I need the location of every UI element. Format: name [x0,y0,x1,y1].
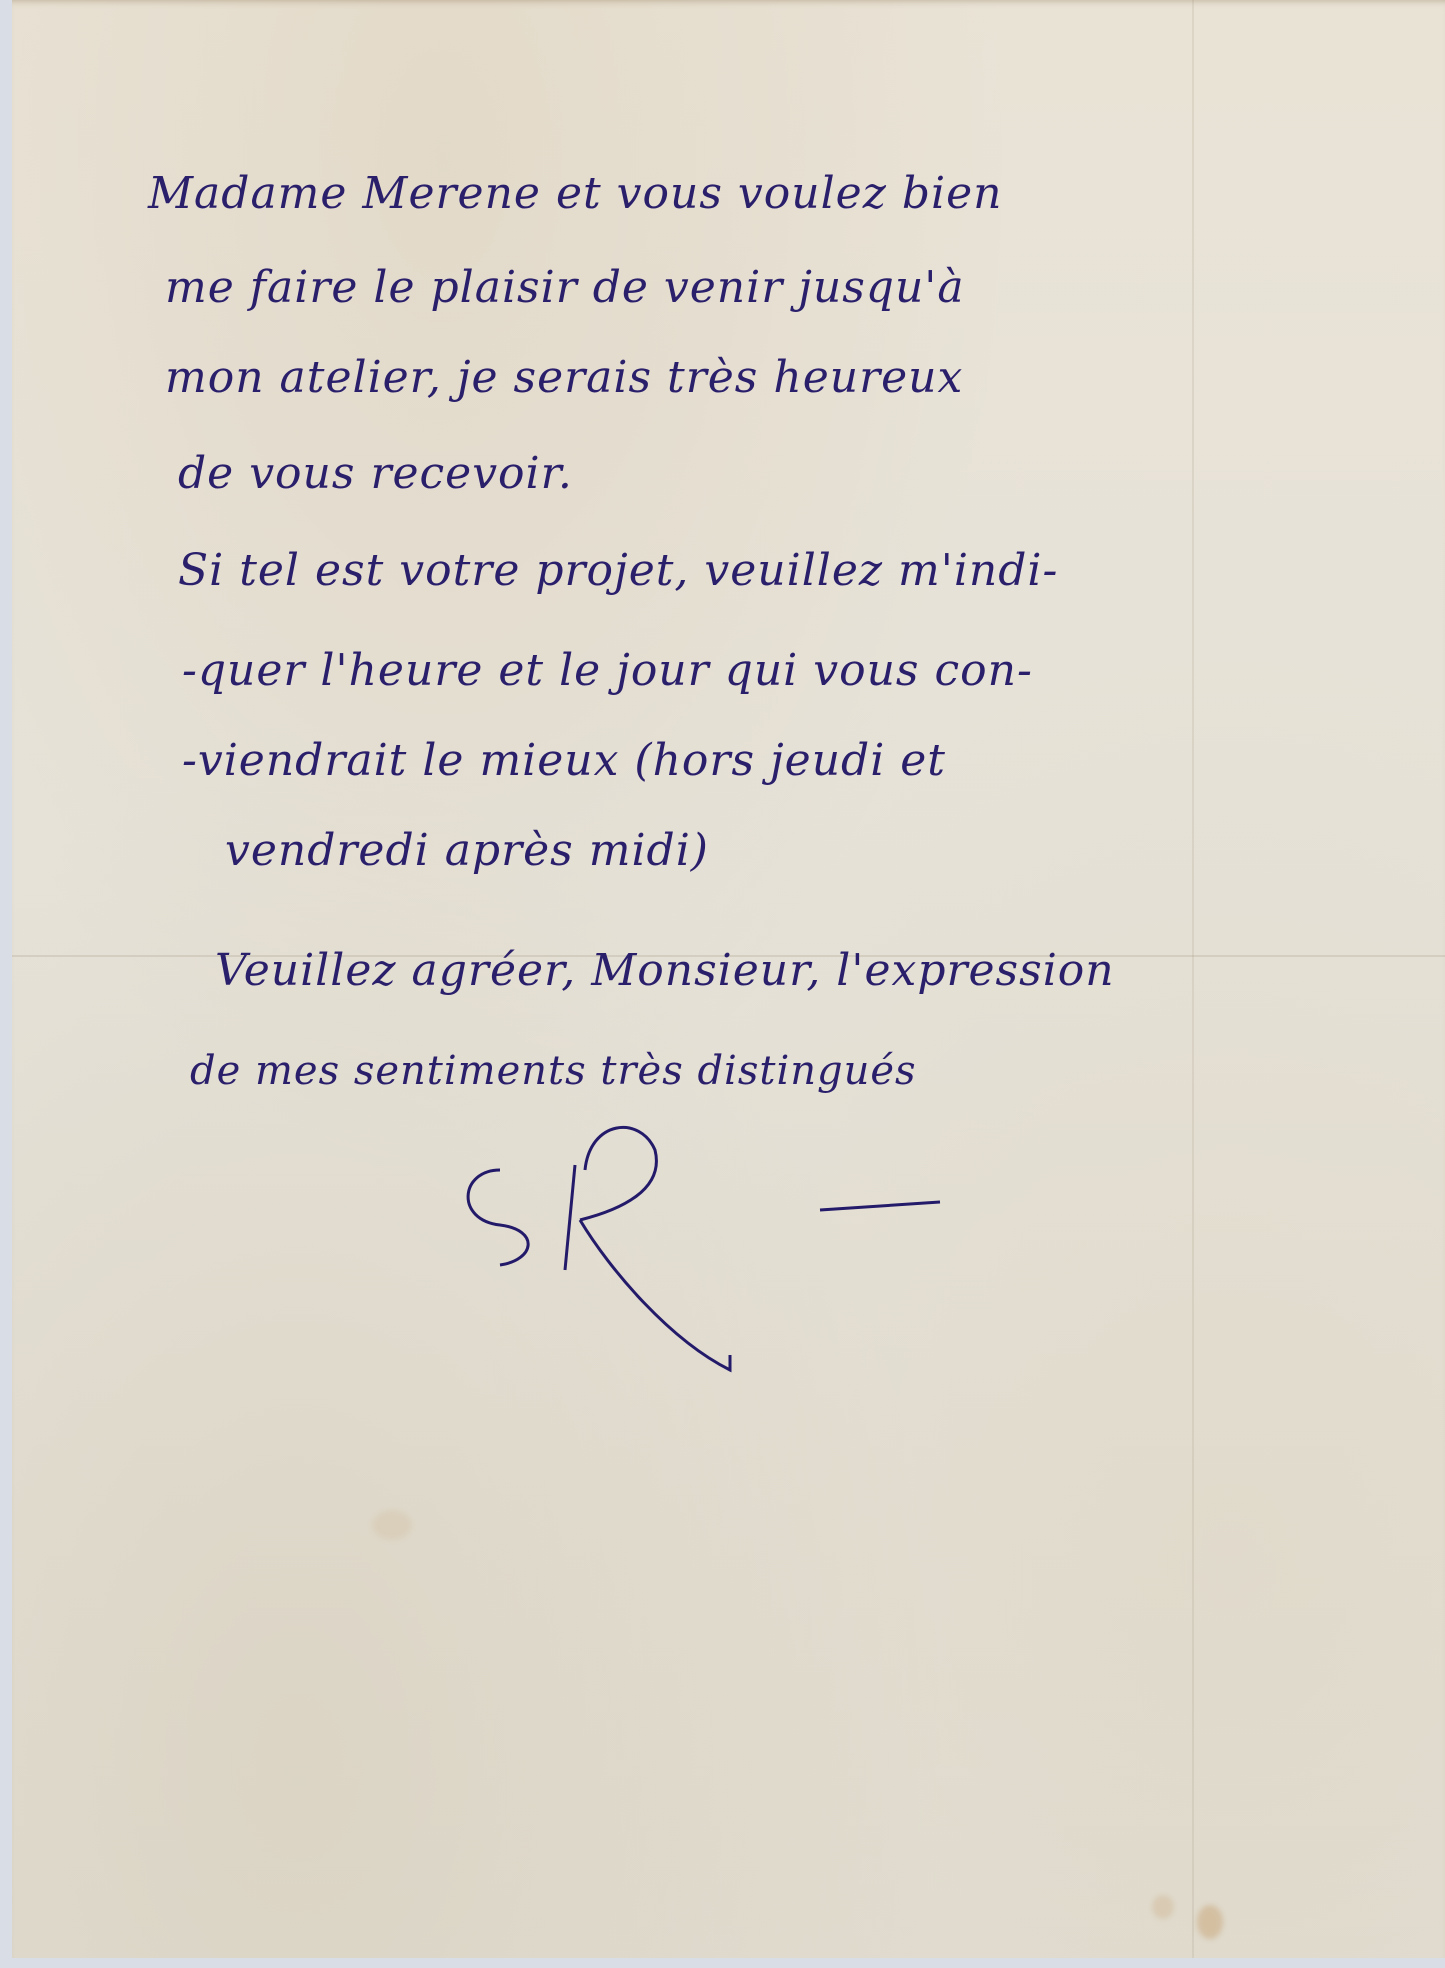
letter-line: de vous recevoir. [178,448,573,499]
letter-line: -viendrait le mieux (hors jeudi et [182,735,946,786]
letter-line: me faire le plaisir de venir jusqu'à [165,262,965,313]
letter-line: vendredi après midi) [225,825,709,876]
closing-line: Veuillez agréer, Monsieur, l'expression [215,945,1115,996]
letter-line: mon atelier, je serais très heureux [165,352,963,403]
letter-line: Madame Merene et vous voulez bien [148,168,1003,219]
letter-line: -quer l'heure et le jour qui vous con- [182,645,1033,696]
letter-body: Madame Merene et vous voulez bien me fai… [0,0,1445,1968]
closing-line: de mes sentiments très distingués [190,1048,917,1094]
letter-line: Si tel est votre projet, veuillez m'indi… [178,545,1058,596]
